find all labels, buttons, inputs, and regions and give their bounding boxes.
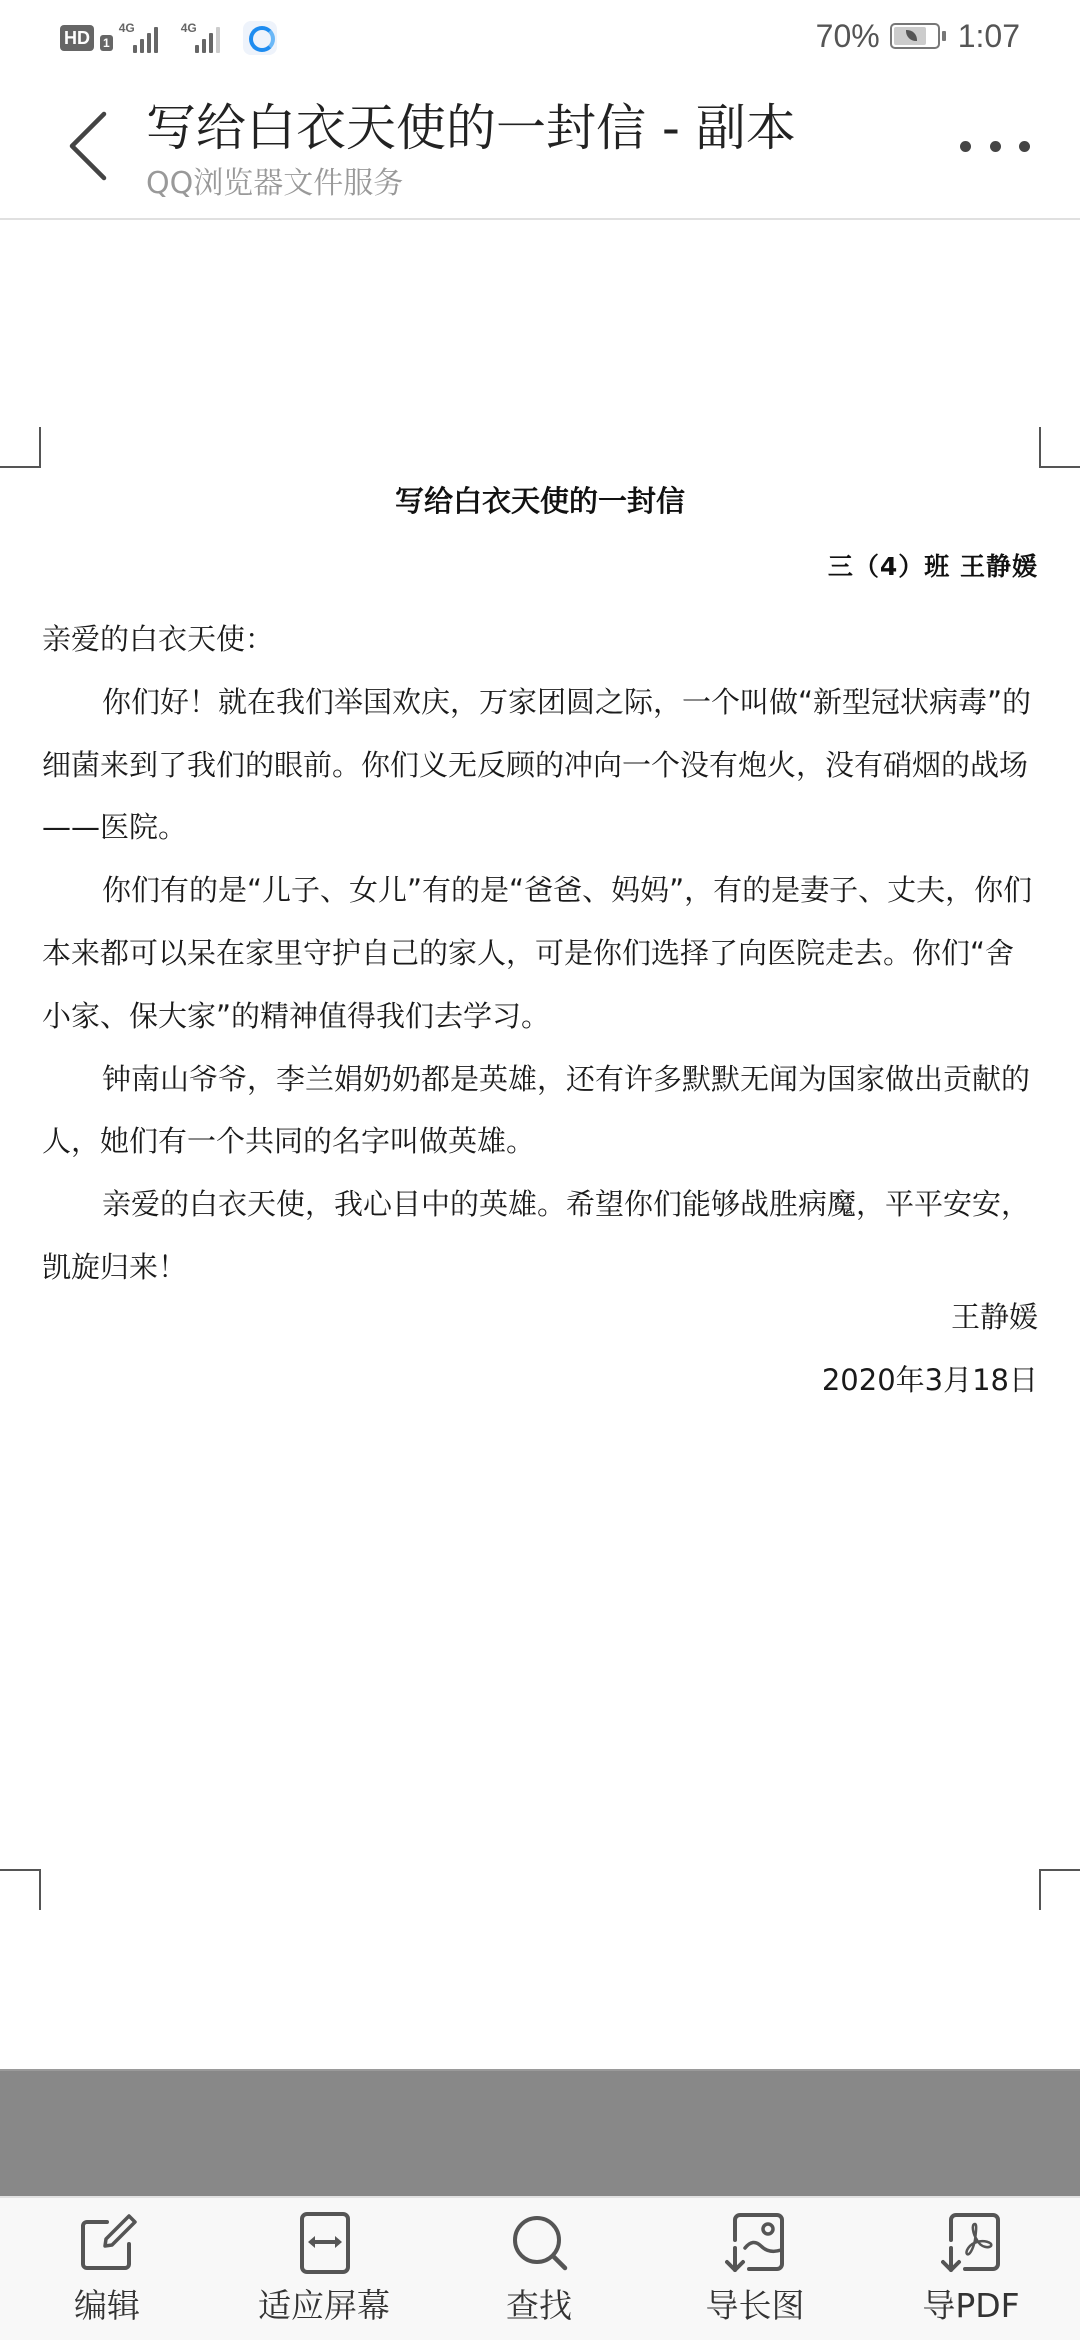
export-long-image-button[interactable]: 导长图 xyxy=(665,2198,845,2340)
edit-label: 编辑 xyxy=(17,2284,197,2328)
letter-title: 写给白衣天使的一封信 xyxy=(0,481,1080,521)
more-options-button[interactable] xyxy=(960,134,1030,158)
battery-icon xyxy=(890,23,940,49)
letter-date: 2020年3月18日 xyxy=(822,1360,1038,1400)
app-header: 写给白衣天使的一封信 - 副本 QQ浏览器文件服务 xyxy=(0,72,1080,220)
letter-salutation: 亲爱的白衣天使： xyxy=(42,608,1038,671)
more-dot-icon xyxy=(1019,141,1030,152)
export-long-image-label: 导长图 xyxy=(665,2284,845,2328)
status-left: HD 1 4G 4G xyxy=(60,20,277,56)
letter-paragraph: 你们好！就在我们举国欢庆，万家团圆之际，一个叫做“新型冠状病毒”的细菌来到了我们… xyxy=(42,671,1038,859)
page-margin-corner-bottom-left xyxy=(0,1869,41,1910)
fit-screen-icon xyxy=(294,2210,354,2274)
fit-screen-button[interactable]: 适应屏幕 xyxy=(234,2198,414,2340)
status-right: 70% 1:07 xyxy=(816,16,1020,56)
document-source: QQ浏览器文件服务 xyxy=(146,164,403,204)
edit-button[interactable]: 编辑 xyxy=(17,2198,197,2340)
page-margin-corner-bottom-right xyxy=(1039,1869,1080,1910)
page-gap-area xyxy=(0,2069,1080,2196)
letter-body: 亲爱的白衣天使： 你们好！就在我们举国欢庆，万家团圆之际，一个叫做“新型冠状病毒… xyxy=(42,608,1038,1299)
battery-percent: 70% xyxy=(816,18,880,55)
letter-signature: 王静媛 xyxy=(951,1297,1038,1337)
page-margin-corner-top-right xyxy=(1039,427,1080,468)
export-pdf-icon xyxy=(941,2210,1001,2274)
search-button[interactable]: 查找 xyxy=(449,2198,629,2340)
chevron-left-icon xyxy=(58,108,118,184)
hd-voice-icon: HD xyxy=(60,25,94,51)
search-label: 查找 xyxy=(449,2284,629,2328)
qq-browser-icon xyxy=(243,21,277,55)
edit-icon xyxy=(77,2210,137,2274)
page-margin-corner-top-left xyxy=(0,427,41,468)
clock: 1:07 xyxy=(958,18,1020,55)
signal-strength-secondary-icon: 4G xyxy=(181,21,237,55)
export-pdf-label: 导PDF xyxy=(881,2284,1061,2328)
search-icon xyxy=(509,2210,569,2274)
status-bar: HD 1 4G 4G 70% 1:07 xyxy=(0,0,1080,72)
letter-paragraph: 你们有的是“儿子、女儿”有的是“爸爸、妈妈”，有的是妻子、丈夫，你们本来都可以呆… xyxy=(42,859,1038,1047)
sim-1-icon: 1 xyxy=(100,35,113,51)
document-title: 写给白衣天使的一封信 - 副本 xyxy=(146,98,796,158)
export-pdf-button[interactable]: 导PDF xyxy=(881,2198,1061,2340)
more-dot-icon xyxy=(990,141,1001,152)
letter-paragraph: 钟南山爷爷，李兰娟奶奶都是英雄，还有许多默默无闻为国家做出贡献的人，她们有一个共… xyxy=(42,1048,1038,1174)
document-viewer[interactable]: 写给白衣天使的一封信 三（4）班 王静媛 亲爱的白衣天使： 你们好！就在我们举国… xyxy=(0,220,1080,2069)
bottom-toolbar: 编辑 适应屏幕 查找 导长图 xyxy=(0,2196,1080,2340)
signal-strength-icon: 4G xyxy=(119,21,175,55)
letter-paragraph: 亲爱的白衣天使，我心目中的英雄。希望你们能够战胜病魔，平平安安，凯旋归来！ xyxy=(42,1173,1038,1299)
back-button[interactable] xyxy=(58,108,118,184)
more-dot-icon xyxy=(960,141,971,152)
export-long-image-icon xyxy=(725,2210,785,2274)
fit-screen-label: 适应屏幕 xyxy=(234,2284,414,2328)
letter-class-author: 三（4）班 王静媛 xyxy=(828,547,1038,587)
